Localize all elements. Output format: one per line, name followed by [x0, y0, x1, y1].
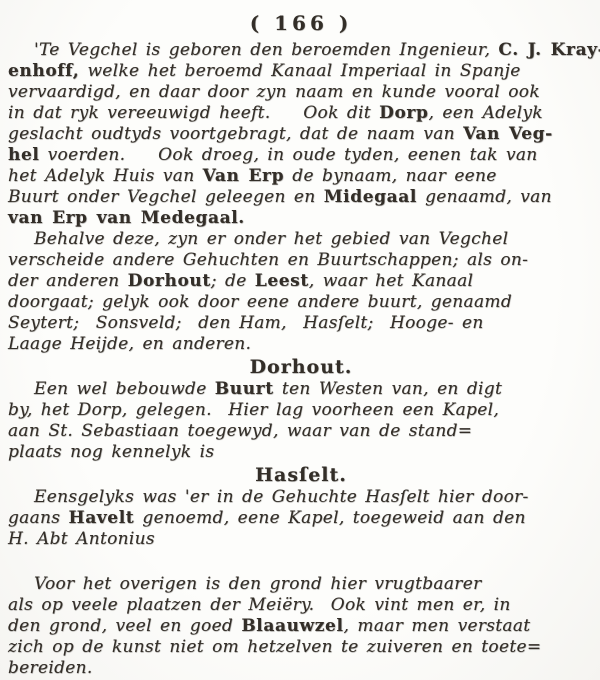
emphasized-text: hel	[8, 145, 39, 165]
script-text: welke het beroemd Kanaal Imperiaal in Sp…	[79, 61, 520, 81]
text-line: Voor het overigen is den grond hier vrug…	[8, 574, 594, 595]
text-line: Eensgelyks was 'er in de Gehuchte Hasſel…	[8, 487, 594, 508]
text-line: enhoff, welke het beroemd Kanaal Imperia…	[8, 61, 594, 82]
script-text: voerden. Ook droeg, in oude tyden, eenen…	[39, 145, 537, 165]
text-line: Een wel bebouwde Buurt ten Westen van, e…	[8, 379, 594, 400]
script-text: genaamd, van	[417, 187, 552, 207]
manuscript-page: ( 166 ) 'Te Vegchel is geboren den beroe…	[0, 0, 600, 680]
script-text: het Adelyk Huis van	[8, 166, 203, 186]
text-line: gaans Havelt genoemd, eene Kapel, toegew…	[8, 508, 594, 529]
emphasized-text: Buurt	[215, 379, 274, 399]
emphasized-text: Havelt	[69, 508, 135, 528]
script-text: Seytert; Sonsveld; den Ham, Hasſelt; Hoo…	[8, 313, 484, 333]
paragraph: Een wel bebouwde Buurt ten Westen van, e…	[8, 379, 594, 463]
text-line: den grond, veel en goed Blaauwzel, maar …	[8, 616, 594, 637]
script-text: Laage Heijde, en anderen.	[8, 334, 251, 354]
script-text: plaats nog kennelyk is	[8, 442, 214, 462]
emphasized-text: van Erp van Medegaal.	[8, 208, 245, 228]
text-line: Buurt onder Vegchel geleegen en Midegaal…	[8, 187, 594, 208]
emphasized-text: Dorp	[379, 103, 428, 123]
text-line: der anderen Dorhout; de Leest, waar het …	[8, 271, 594, 292]
script-text: , maar men verstaat	[344, 616, 531, 636]
section-heading: Hasſelt.	[8, 463, 594, 487]
script-text: by, het Dorp, gelegen. Hier lag voorheen…	[8, 400, 499, 420]
emphasized-text: Van Erp	[203, 166, 284, 186]
script-text: Behalve deze, zyn er onder het gebied va…	[34, 229, 508, 249]
script-text: zich op de kunst niet om hetzelven te zu…	[8, 637, 541, 657]
emphasized-text: enhoff,	[8, 61, 79, 81]
text-line: in dat ryk vereeuwigd heeft. Ook dit Dor…	[8, 103, 594, 124]
script-text: H. Abt Antonius	[8, 529, 155, 549]
text-line: 'Te Vegchel is geboren den beroemden Ing…	[8, 40, 594, 61]
script-text: Voor het overigen is den grond hier vrug…	[34, 574, 482, 594]
script-text: gaans	[8, 508, 69, 528]
script-text: bereiden.	[8, 658, 93, 678]
script-text: , een Adelyk	[428, 103, 542, 123]
emphasized-text: C. J. Kray-	[498, 40, 600, 60]
text-line: Behalve deze, zyn er onder het gebied va…	[8, 229, 594, 250]
text-line: H. Abt Antonius	[8, 529, 594, 550]
text-line: plaats nog kennelyk is	[8, 442, 594, 463]
text-line: bereiden.	[8, 658, 594, 679]
paragraph: 'Te Vegchel is geboren den beroemden Ing…	[8, 40, 594, 229]
text-line: vervaardigd, en daar door zyn naam en ku…	[8, 82, 594, 103]
script-text: de bynaam, naar eene	[284, 166, 497, 186]
script-text: Eensgelyks was 'er in de Gehuchte Hasſel…	[34, 487, 529, 507]
page-number: ( 166 )	[8, 8, 594, 38]
script-text: verscheide andere Gehuchten en Buurtscha…	[8, 250, 528, 270]
text-line: by, het Dorp, gelegen. Hier lag voorheen…	[8, 400, 594, 421]
script-text: Buurt onder Vegchel geleegen en	[8, 187, 324, 207]
text-line: geslacht oudtyds voortgebragt, dat de na…	[8, 124, 594, 145]
emphasized-text: Van Veg-	[463, 124, 553, 144]
script-text: geslacht oudtyds voortgebragt, dat de na…	[8, 124, 463, 144]
text-line: van Erp van Medegaal.	[8, 208, 594, 229]
text-line: als op veele plaatzen der Meiëry. Ook vi…	[8, 595, 594, 616]
script-text: 'Te Vegchel is geboren den beroemden Ing…	[34, 40, 498, 60]
script-text: doorgaat; gelyk ook door eene andere buu…	[8, 292, 512, 312]
text-line: doorgaat; gelyk ook door eene andere buu…	[8, 292, 594, 313]
paragraph: Eensgelyks was 'er in de Gehuchte Hasſel…	[8, 487, 594, 550]
script-text: ; de	[211, 271, 255, 291]
text-line: aan St. Sebastiaan toegewyd, waar van de…	[8, 421, 594, 442]
script-text: , waar het Kanaal	[309, 271, 474, 291]
script-text: genoemd, eene Kapel, toegeweid aan den	[134, 508, 526, 528]
emphasized-text: Dorhout	[128, 271, 211, 291]
text-line: verscheide andere Gehuchten en Buurtscha…	[8, 250, 594, 271]
script-text: der anderen	[8, 271, 128, 291]
script-text: Een wel bebouwde	[34, 379, 215, 399]
script-text: aan St. Sebastiaan toegewyd, waar van de…	[8, 421, 472, 441]
text-line: zich op de kunst niet om hetzelven te zu…	[8, 637, 594, 658]
text-line: Seytert; Sonsveld; den Ham, Hasſelt; Hoo…	[8, 313, 594, 334]
script-text: ten Westen van, en digt	[274, 379, 502, 399]
script-text: als op veele plaatzen der Meiëry. Ook vi…	[8, 595, 511, 615]
emphasized-text: Leest	[255, 271, 309, 291]
script-text: vervaardigd, en daar door zyn naam en ku…	[8, 82, 540, 102]
text-line: hel voerden. Ook droeg, in oude tyden, e…	[8, 145, 594, 166]
text-blocks: 'Te Vegchel is geboren den beroemden Ing…	[8, 40, 594, 679]
script-text: in dat ryk vereeuwigd heeft. Ook dit	[8, 103, 379, 123]
text-line: Laage Heijde, en anderen.	[8, 334, 594, 355]
paragraph: Voor het overigen is den grond hier vrug…	[8, 574, 594, 679]
emphasized-text: Midegaal	[324, 187, 417, 207]
script-text: den grond, veel en goed	[8, 616, 241, 636]
text-line: het Adelyk Huis van Van Erp de bynaam, n…	[8, 166, 594, 187]
section-heading: Dorhout.	[8, 355, 594, 379]
paragraph: Behalve deze, zyn er onder het gebied va…	[8, 229, 594, 355]
emphasized-text: Blaauwzel	[241, 616, 343, 636]
